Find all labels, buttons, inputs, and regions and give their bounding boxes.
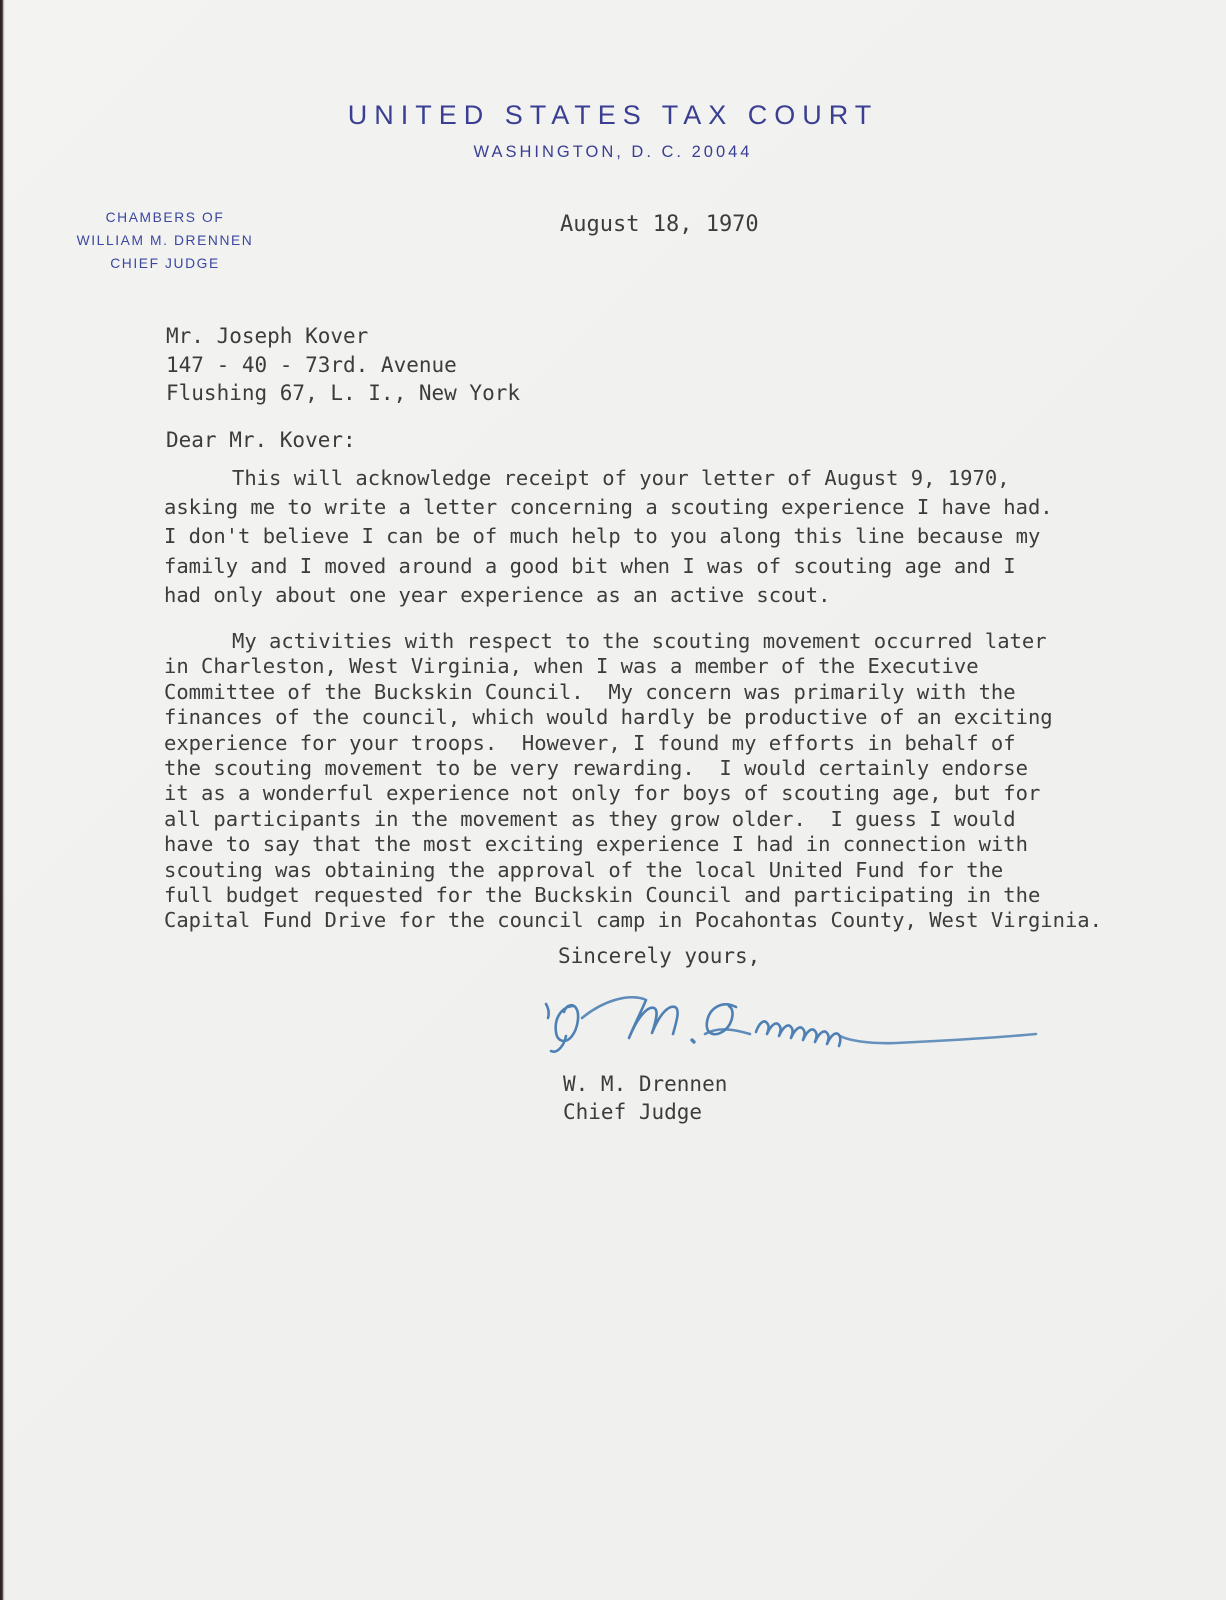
letterhead-subtitle: WASHINGTON, D. C. 20044: [0, 143, 1226, 162]
scan-edge-shadow: [0, 0, 5, 1600]
salutation: Dear Mr. Kover:: [166, 428, 356, 452]
letterhead-title: UNITED STATES TAX COURT: [0, 100, 1226, 131]
letter-page: UNITED STATES TAX COURT WASHINGTON, D. C…: [0, 0, 1226, 1600]
body-paragraph-2: My activities with respect to the scouti…: [164, 629, 1156, 934]
typed-signature-block: W. M. Drennen Chief Judge: [563, 1071, 727, 1126]
chambers-line-1: CHAMBERS OF: [56, 206, 274, 229]
chambers-line-2: WILLIAM M. DRENNEN: [56, 229, 274, 252]
letterhead-chambers-block: CHAMBERS OF WILLIAM M. DRENNEN CHIEF JUD…: [56, 206, 274, 275]
body-paragraph-1: This will acknowledge receipt of your le…: [164, 464, 1156, 610]
recipient-address-block: Mr. Joseph Kover 147 - 40 - 73rd. Avenue…: [166, 322, 520, 408]
letter-date: August 18, 1970: [560, 212, 759, 237]
signature-handwriting-icon: [532, 982, 1080, 1072]
chambers-line-3: CHIEF JUDGE: [56, 252, 274, 275]
valediction: Sincerely yours,: [558, 944, 760, 968]
